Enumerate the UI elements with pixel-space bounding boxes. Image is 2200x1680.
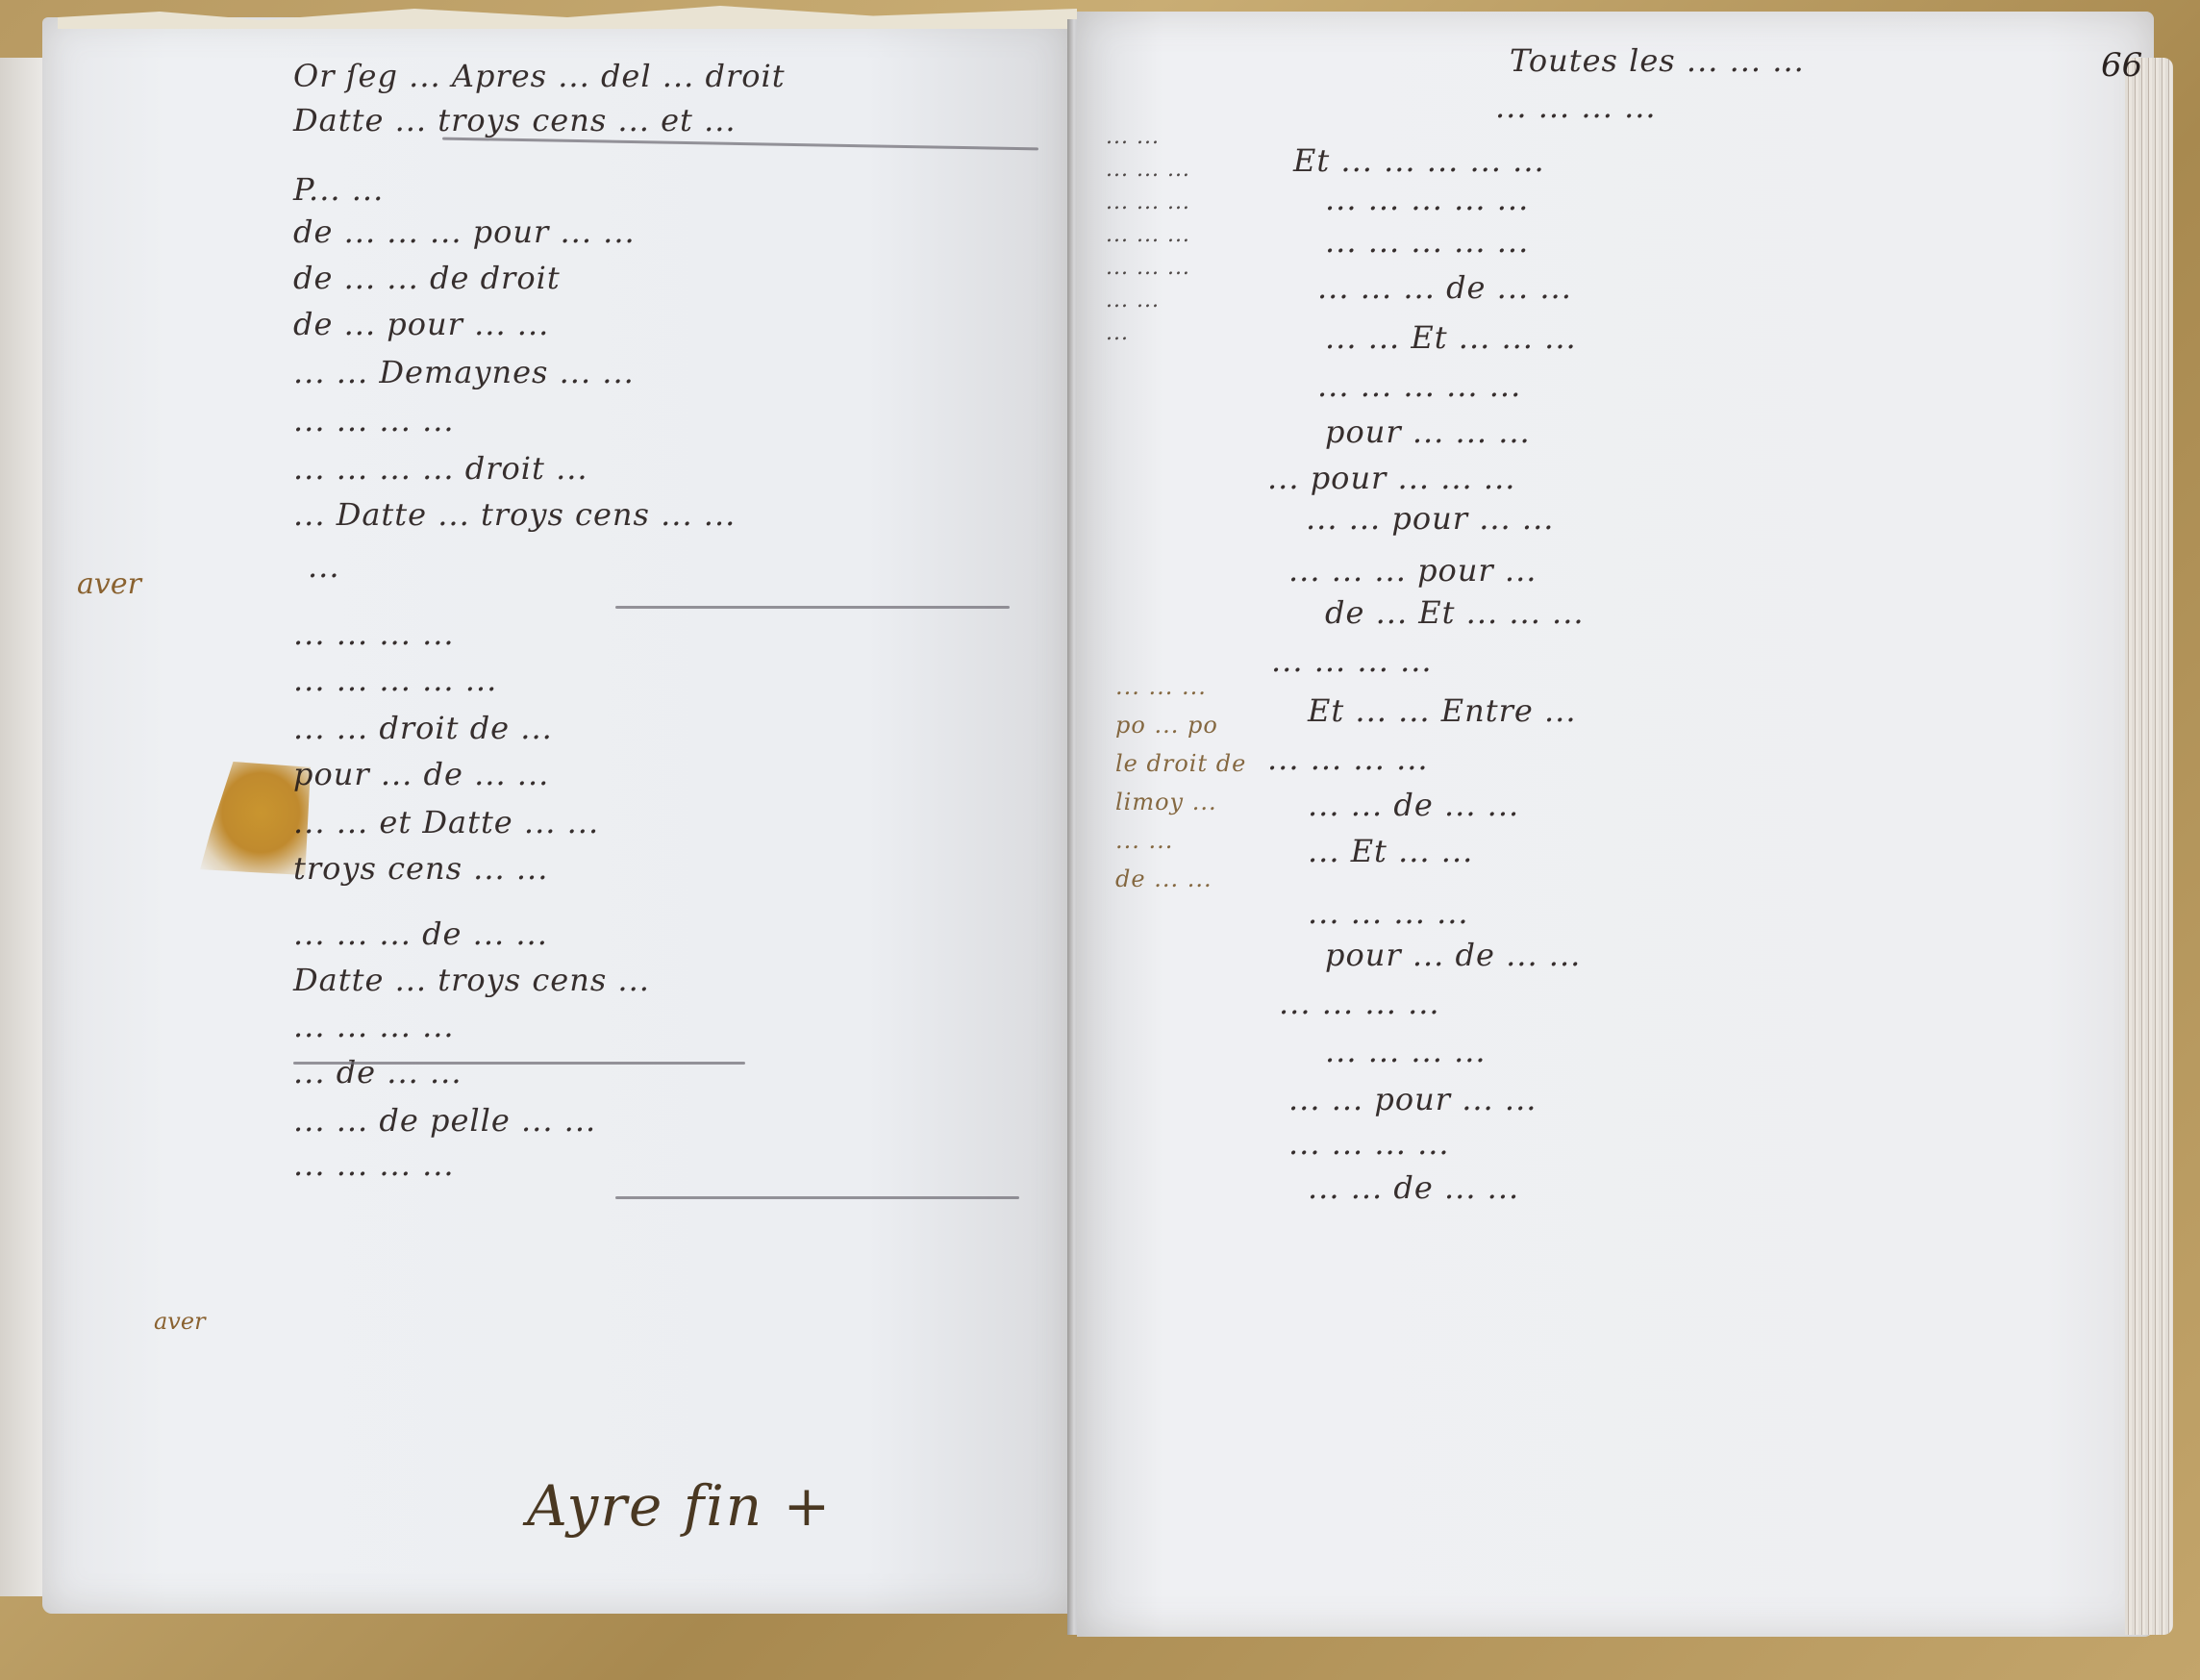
handwritten-line: ... ... de ... ... (1308, 787, 1519, 823)
handwritten-line: Toutes les ... ... ... (1510, 42, 1805, 79)
handwritten-line: ... ... ... ... (293, 402, 455, 439)
handwritten-line: Et ... ... ... ... ... (1293, 142, 1545, 179)
handwritten-line: de ... ... ... pour ... ... (293, 213, 636, 250)
handwritten-line: ... ... ... ... (1308, 894, 1469, 931)
handwritten-line: ... ... (1115, 827, 1308, 854)
handwritten-line: ... ... ... (1106, 158, 1298, 182)
handwritten-line: Et ... ... Entre ... (1308, 692, 1577, 729)
handwritten-line: ... ... Demaynes ... ... (293, 354, 635, 390)
handwritten-line: ... ... ... ... droit ... (293, 450, 588, 487)
handwritten-line: ... ... de ... ... (1308, 1169, 1519, 1206)
handwritten-line: ... de ... ... (293, 1054, 462, 1091)
handwritten-line: ... ... et Datte ... ... (293, 804, 599, 840)
handwritten-line: ... (308, 548, 340, 585)
handwritten-line: ... ... ... ... (1288, 1125, 1450, 1162)
handwritten-line: ... ... Et ... ... ... (1325, 319, 1577, 356)
handwritten-line: ... ... pour ... ... (1288, 1081, 1537, 1117)
handwritten-line: ... ... ... ... (1279, 985, 1440, 1021)
handwritten-line: de ... pour ... ... (293, 306, 549, 342)
signature: Ayre fin + (527, 1473, 832, 1539)
handwritten-line: ... ... ... de ... ... (1317, 269, 1572, 306)
handwritten-line: ... ... ... (1106, 190, 1298, 214)
handwritten-line: ... ... ... ... ... (1325, 181, 1529, 217)
handwritten-line: ... pour ... ... ... (1267, 460, 1515, 496)
handwritten-line: ... ... ... ... ... (1325, 223, 1529, 260)
page-edges-stack (2125, 58, 2173, 1635)
handwritten-line: ... ... ... ... (1495, 88, 1657, 125)
handwritten-line: de ... Et ... ... ... (1325, 594, 1585, 631)
underline-rule (615, 1196, 1019, 1199)
handwritten-line: troys cens ... ... (293, 850, 548, 887)
folio-number: 66 (2101, 46, 2142, 85)
handwritten-line: Datte ... troys cens ... et ... (293, 102, 737, 138)
handwritten-line: ... ... ... ... (293, 1008, 455, 1044)
handwritten-line: ... ... ... ... ... (1317, 367, 1521, 404)
handwritten-line: ... ... ... ... (293, 1146, 455, 1183)
handwritten-line: ... ... ... ... (293, 615, 455, 652)
handwritten-line: de ... ... de droit (293, 260, 561, 296)
handwritten-line: ... ... ... (1106, 256, 1298, 280)
handwritten-line: Datte ... troys cens ... (293, 962, 650, 998)
handwritten-line: po ... po (1115, 712, 1308, 739)
handwritten-line: ... ... ... ... ... (293, 662, 497, 698)
handwritten-line: ... ... ... (1106, 223, 1298, 247)
handwritten-line: ... Datte ... troys cens ... ... (293, 496, 736, 533)
handwritten-line: ... Et ... ... (1308, 833, 1473, 869)
handwritten-line: ... ... droit de ... (293, 710, 553, 746)
underline-rule (615, 606, 1010, 609)
handwritten-line: ... (1106, 321, 1298, 345)
handwritten-line: ... ... de pelle ... ... (293, 1102, 596, 1139)
handwritten-line: ... ... (1106, 288, 1298, 313)
handwritten-line: ... ... ... de ... ... (293, 915, 548, 952)
handwritten-line: ... ... ... ... (1325, 1033, 1487, 1069)
margin-note-aver: aver (154, 1308, 206, 1335)
handwritten-line: limoy ... (1115, 789, 1308, 815)
handwritten-line: le droit de (1115, 750, 1308, 777)
handwritten-line: ... ... ... pour ... (1288, 552, 1537, 589)
underline-rule (293, 1062, 745, 1065)
handwritten-line: pour ... ... ... (1325, 414, 1531, 450)
handwritten-line: pour ... de ... ... (1325, 937, 1581, 973)
previous-pages-edge (0, 58, 44, 1596)
margin-note-aver: aver (77, 567, 141, 601)
handwritten-line: Or ſeg ... Apres ... del ... droit (293, 58, 786, 94)
handwritten-line: ... ... (1106, 125, 1298, 149)
handwritten-line: ... ... pour ... ... (1306, 500, 1554, 537)
handwritten-line: de ... ... (1115, 865, 1308, 892)
handwritten-line: ... ... ... (1115, 673, 1308, 700)
handwritten-line: pour ... de ... ... (293, 756, 549, 792)
handwritten-line: P... ... (293, 171, 384, 208)
